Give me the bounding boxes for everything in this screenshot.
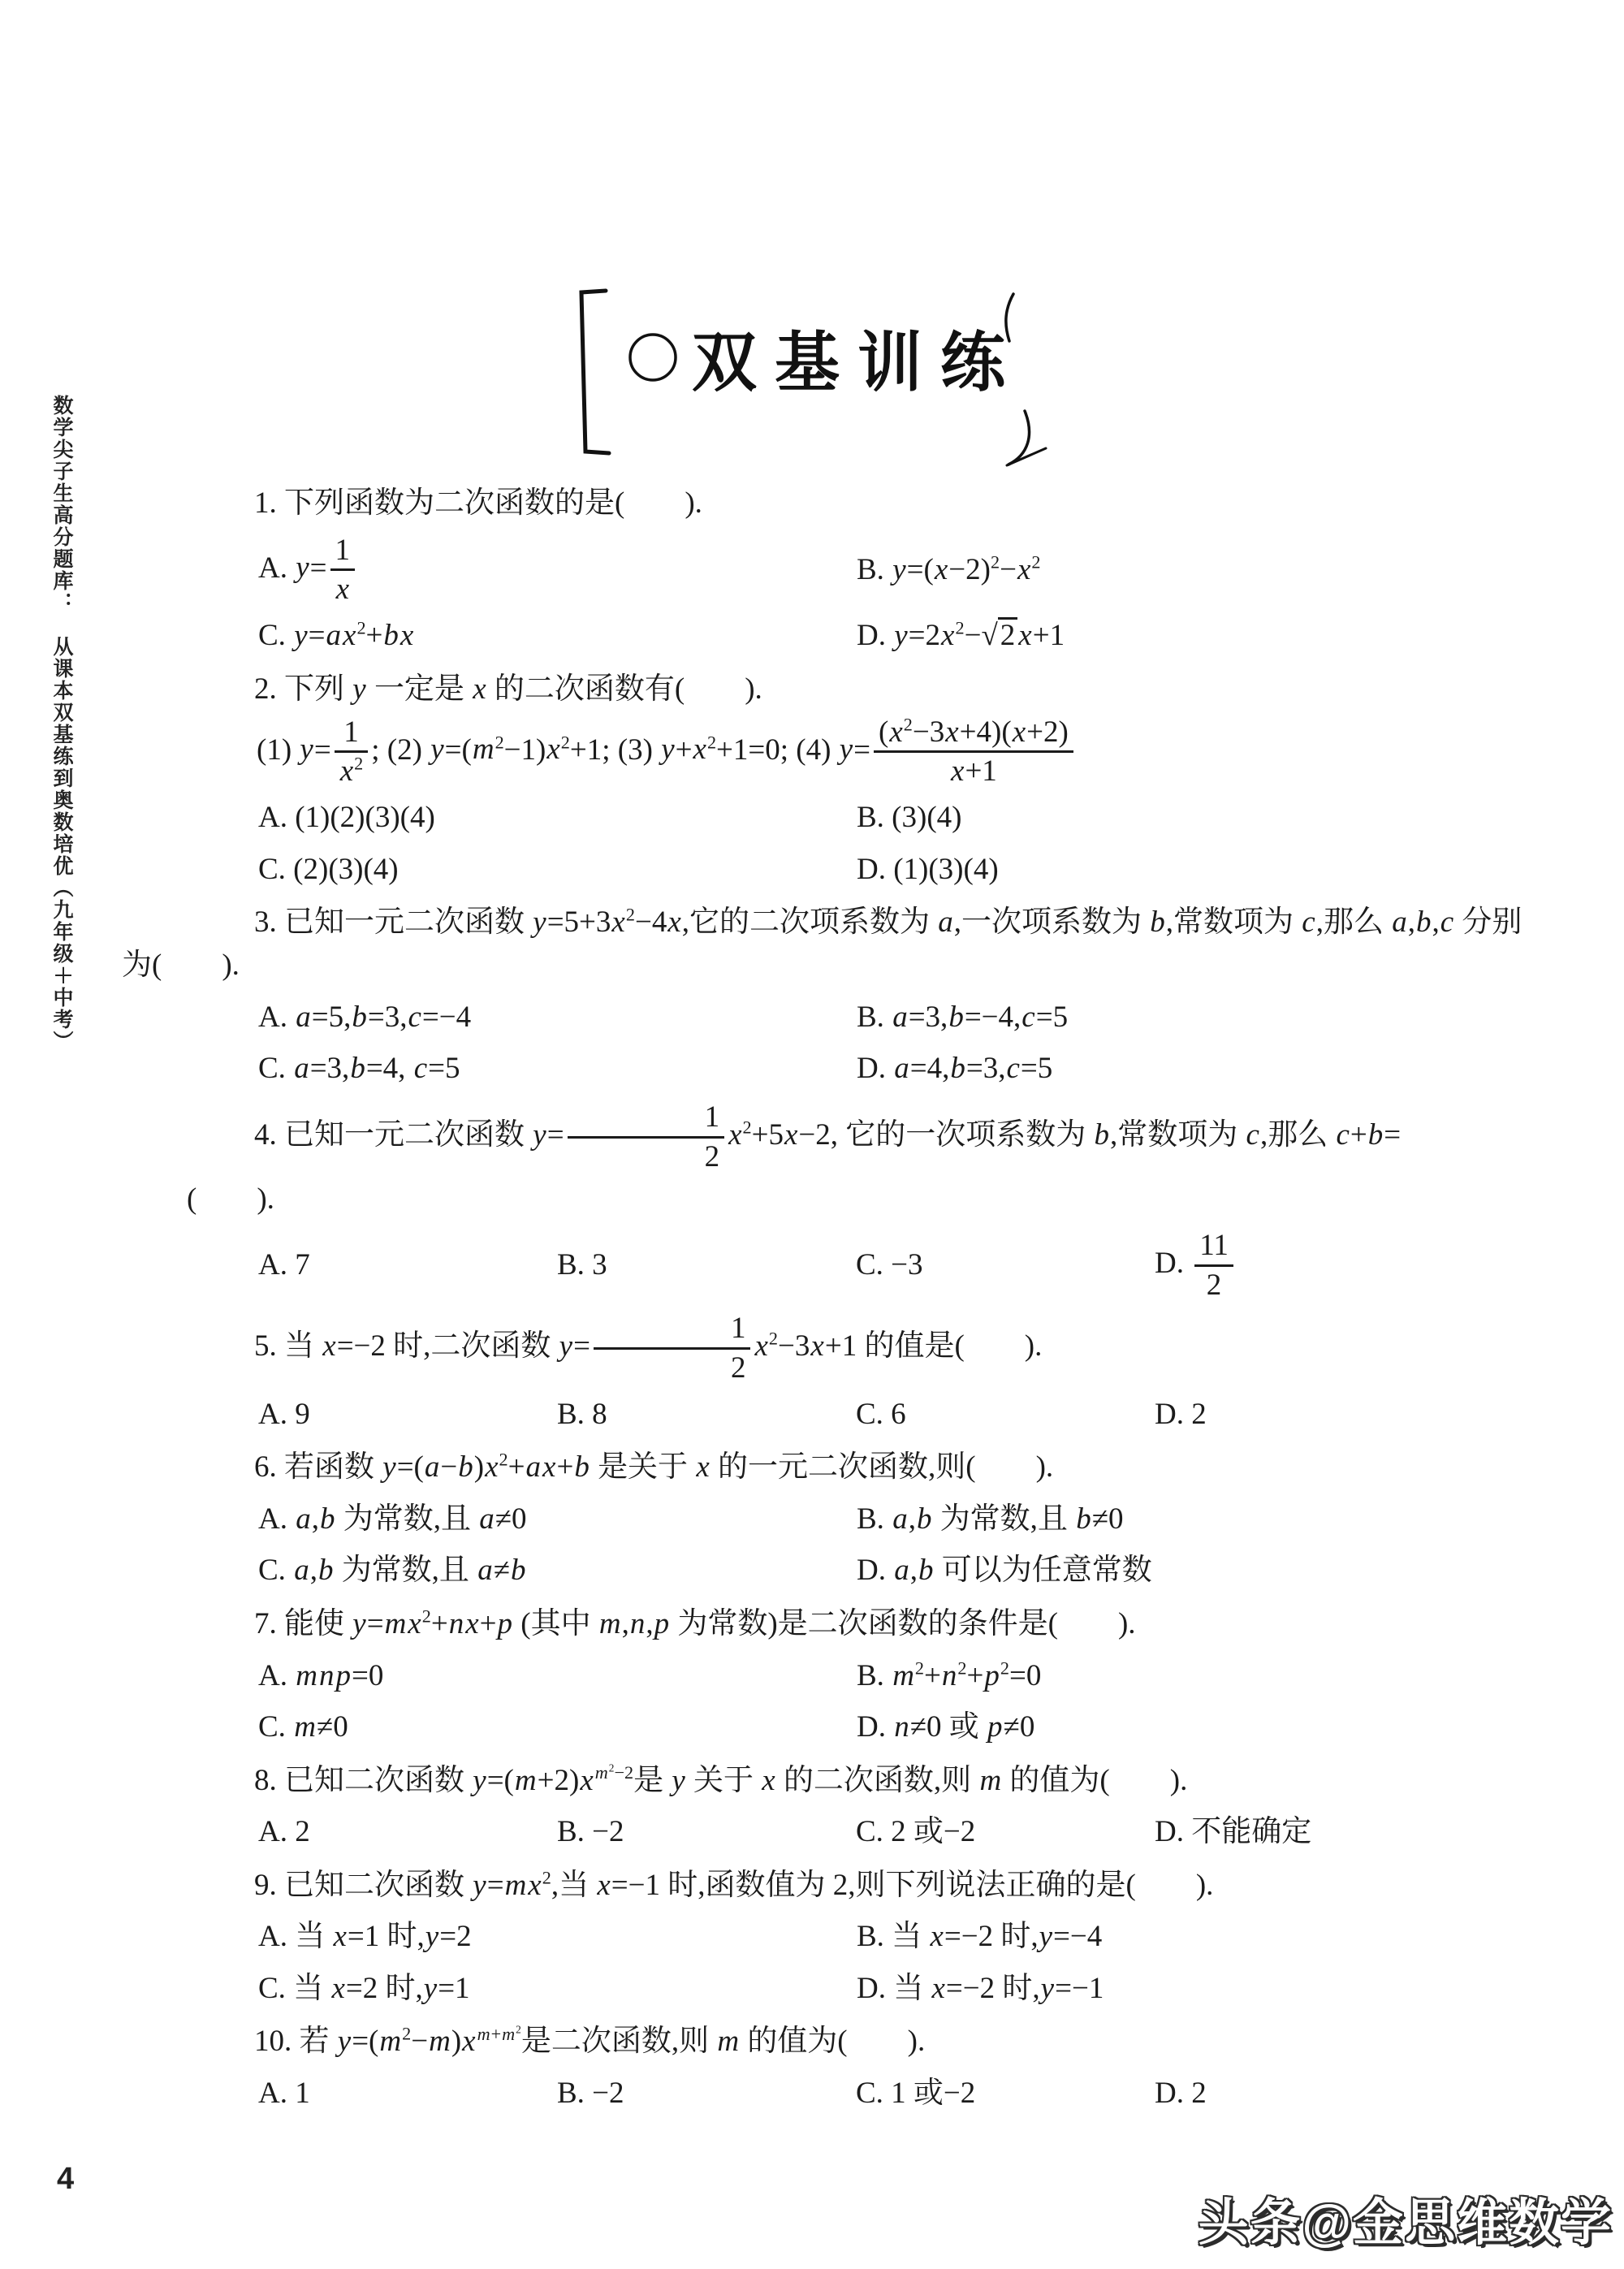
question-stem: 2. 下列 y 一定是 x 的二次函数有( ). xyxy=(122,668,1531,711)
question-2: 2. 下列 y 一定是 x 的二次函数有( ).(1) y=1x2; (2) y… xyxy=(122,668,1531,892)
header-circle-decoration xyxy=(630,335,676,380)
option: A. a=5,b=3,c=−4 xyxy=(258,996,857,1039)
question-10: 10. 若 y=(m2−m)xm+m2是二次函数,则 m 的值为( ).A. 1… xyxy=(122,2020,1531,2115)
option: C. 当 x=2 时,y=1 xyxy=(258,1968,857,2011)
options-row: A. mnp=0B. m2+n2+p2=0 xyxy=(122,1655,1531,1698)
options-row: A. (1)(2)(3)(4)B. (3)(4) xyxy=(122,797,1531,840)
option: C. 2 或−2 xyxy=(856,1811,1155,1854)
options-row: C. (2)(3)(4)D. (1)(3)(4) xyxy=(122,849,1531,892)
answer-blank: ( ). xyxy=(122,1178,1531,1221)
option: D. 2 xyxy=(1155,1394,1531,1437)
question-stem: 5. 当 x=−2 时,二次函数 y=12x2−3x+1 的值是( ). xyxy=(122,1312,1531,1385)
option: B. a,b 为常数,且 b≠0 xyxy=(857,1498,1531,1541)
question-8: 8. 已知二次函数 y=(m+2)xm2−2是 y 关于 x 的二次函数,则 m… xyxy=(122,1760,1531,1854)
option: C. 1 或−2 xyxy=(856,2072,1155,2116)
option: B. −2 xyxy=(557,2072,856,2116)
question-stem: 10. 若 y=(m2−m)xm+m2是二次函数,则 m 的值为( ). xyxy=(122,2020,1531,2064)
option: C. a=3,b=4, c=5 xyxy=(258,1048,857,1091)
question-7: 7. 能使 y=mx2+nx+p (其中 m,n,p 为常数)是二次函数的条件是… xyxy=(122,1603,1531,1749)
question-5: 5. 当 x=−2 时,二次函数 y=12x2−3x+1 的值是( ).A. 9… xyxy=(122,1312,1531,1436)
question-stem: 1. 下列函数为二次函数的是( ). xyxy=(122,482,1531,525)
option: D. 112 xyxy=(1155,1230,1531,1302)
option: B. 当 x=−2 时,y=−4 xyxy=(857,1916,1531,1959)
options-row: C. a=3,b=4, c=5D. a=4,b=3,c=5 xyxy=(122,1048,1531,1091)
option: A. (1)(2)(3)(4) xyxy=(258,797,857,840)
option: C. y=ax2+bx xyxy=(258,615,857,658)
options-row: A. 9B. 8C. 6D. 2 xyxy=(122,1394,1531,1437)
option: B. m2+n2+p2=0 xyxy=(857,1655,1531,1698)
question-expressions: (1) y=1x2; (2) y=(m2−1)x2+1; (3) y+x2+1=… xyxy=(122,716,1531,789)
watermark: 头条@金思维数学 xyxy=(1199,2182,1613,2254)
option: D. a=4,b=3,c=5 xyxy=(857,1048,1531,1091)
option: C. m≠0 xyxy=(258,1706,857,1749)
options-row: C. m≠0D. n≠0 或 p≠0 xyxy=(122,1706,1531,1749)
option: C. a,b 为常数,且 a≠b xyxy=(258,1549,857,1593)
option: D. y=2x2−√2x+1 xyxy=(857,615,1531,658)
question-1: 1. 下列函数为二次函数的是( ).A. y=1xB. y=(x−2)2−x2C… xyxy=(122,482,1531,658)
option: A. 1 xyxy=(258,2072,557,2116)
option: A. 9 xyxy=(258,1394,557,1437)
option: D. (1)(3)(4) xyxy=(857,849,1531,892)
option: B. a=3,b=−4,c=5 xyxy=(857,996,1531,1039)
options-row: A. 2B. −2C. 2 或−2D. 不能确定 xyxy=(122,1811,1531,1854)
option: D. 当 x=−2 时,y=−1 xyxy=(857,1968,1531,2011)
option: C. −3 xyxy=(856,1244,1155,1287)
page-title: 双基训练 xyxy=(692,310,1023,404)
options-row: C. y=ax2+bxD. y=2x2−√2x+1 xyxy=(122,615,1531,658)
option: A. a,b 为常数,且 a≠0 xyxy=(258,1498,857,1541)
page-number: 4 xyxy=(57,2162,74,2197)
option: B. −2 xyxy=(557,1811,856,1854)
question-stem: 8. 已知二次函数 y=(m+2)xm2−2是 y 关于 x 的二次函数,则 m… xyxy=(122,1760,1531,1803)
option: A. y=1x xyxy=(258,534,857,607)
worksheet-page: 数学尖子生高分题库： 从课本双基练到奥数培优（九年级＋中考） 双基训练 1. 下… xyxy=(0,0,1624,2269)
left-bracket-shape xyxy=(581,291,609,453)
questions-list: 1. 下列函数为二次函数的是( ).A. y=1xB. y=(x−2)2−x2C… xyxy=(122,478,1531,2125)
question-stem: 3. 已知一元二次函数 y=5+3x2−4x,它的二次项系数为 a,一次项系数为… xyxy=(122,901,1531,987)
sidebar-vertical-book-title: 数学尖子生高分题库： 从课本双基练到奥数培优（九年级＋中考） xyxy=(47,395,76,1061)
options-row: C. 当 x=2 时,y=1D. 当 x=−2 时,y=−1 xyxy=(122,1968,1531,2011)
question-stem: 4. 已知一元二次函数 y=12x2+5x−2, 它的一次项系数为 b,常数项为… xyxy=(122,1101,1531,1173)
option: D. 不能确定 xyxy=(1155,1811,1531,1854)
option: D. n≠0 或 p≠0 xyxy=(857,1706,1531,1749)
question-3: 3. 已知一元二次函数 y=5+3x2−4x,它的二次项系数为 a,一次项系数为… xyxy=(122,901,1531,1090)
question-stem: 6. 若函数 y=(a−b)x2+ax+b 是关于 x 的一元二次函数,则( )… xyxy=(122,1446,1531,1489)
option: C. 6 xyxy=(856,1394,1155,1437)
option: B. (3)(4) xyxy=(857,797,1531,840)
options-row: A. y=1xB. y=(x−2)2−x2 xyxy=(122,534,1531,607)
option: A. 7 xyxy=(258,1244,557,1287)
option: B. 3 xyxy=(557,1244,856,1287)
question-6: 6. 若函数 y=(a−b)x2+ax+b 是关于 x 的一元二次函数,则( )… xyxy=(122,1446,1531,1593)
question-stem: 7. 能使 y=mx2+nx+p (其中 m,n,p 为常数)是二次函数的条件是… xyxy=(122,1603,1531,1646)
option: A. mnp=0 xyxy=(258,1655,857,1698)
options-row: A. 当 x=1 时,y=2B. 当 x=−2 时,y=−4 xyxy=(122,1916,1531,1959)
options-row: C. a,b 为常数,且 a≠bD. a,b 可以为任意常数 xyxy=(122,1549,1531,1593)
option: A. 当 x=1 时,y=2 xyxy=(258,1916,857,1959)
question-stem: 9. 已知二次函数 y=mx2,当 x=−1 时,函数值为 2,则下列说法正确的… xyxy=(122,1865,1531,1908)
option: D. a,b 可以为任意常数 xyxy=(857,1549,1531,1593)
option: C. (2)(3)(4) xyxy=(258,849,857,892)
options-row: A. 1B. −2C. 1 或−2D. 2 xyxy=(122,2072,1531,2116)
options-row: A. a=5,b=3,c=−4B. a=3,b=−4,c=5 xyxy=(122,996,1531,1039)
option: D. 2 xyxy=(1155,2072,1531,2116)
options-row: A. a,b 为常数,且 a≠0B. a,b 为常数,且 b≠0 xyxy=(122,1498,1531,1541)
options-row: A. 7B. 3C. −3D. 112 xyxy=(122,1230,1531,1302)
question-4: 4. 已知一元二次函数 y=12x2+5x−2, 它的一次项系数为 b,常数项为… xyxy=(122,1101,1531,1302)
option: A. 2 xyxy=(258,1811,557,1854)
question-9: 9. 已知二次函数 y=mx2,当 x=−1 时,函数值为 2,则下列说法正确的… xyxy=(122,1865,1531,2011)
right-bottom-tick xyxy=(1007,448,1046,465)
option: B. 8 xyxy=(557,1394,856,1437)
page-header: 双基训练 xyxy=(568,281,1104,476)
option: B. y=(x−2)2−x2 xyxy=(857,549,1531,592)
